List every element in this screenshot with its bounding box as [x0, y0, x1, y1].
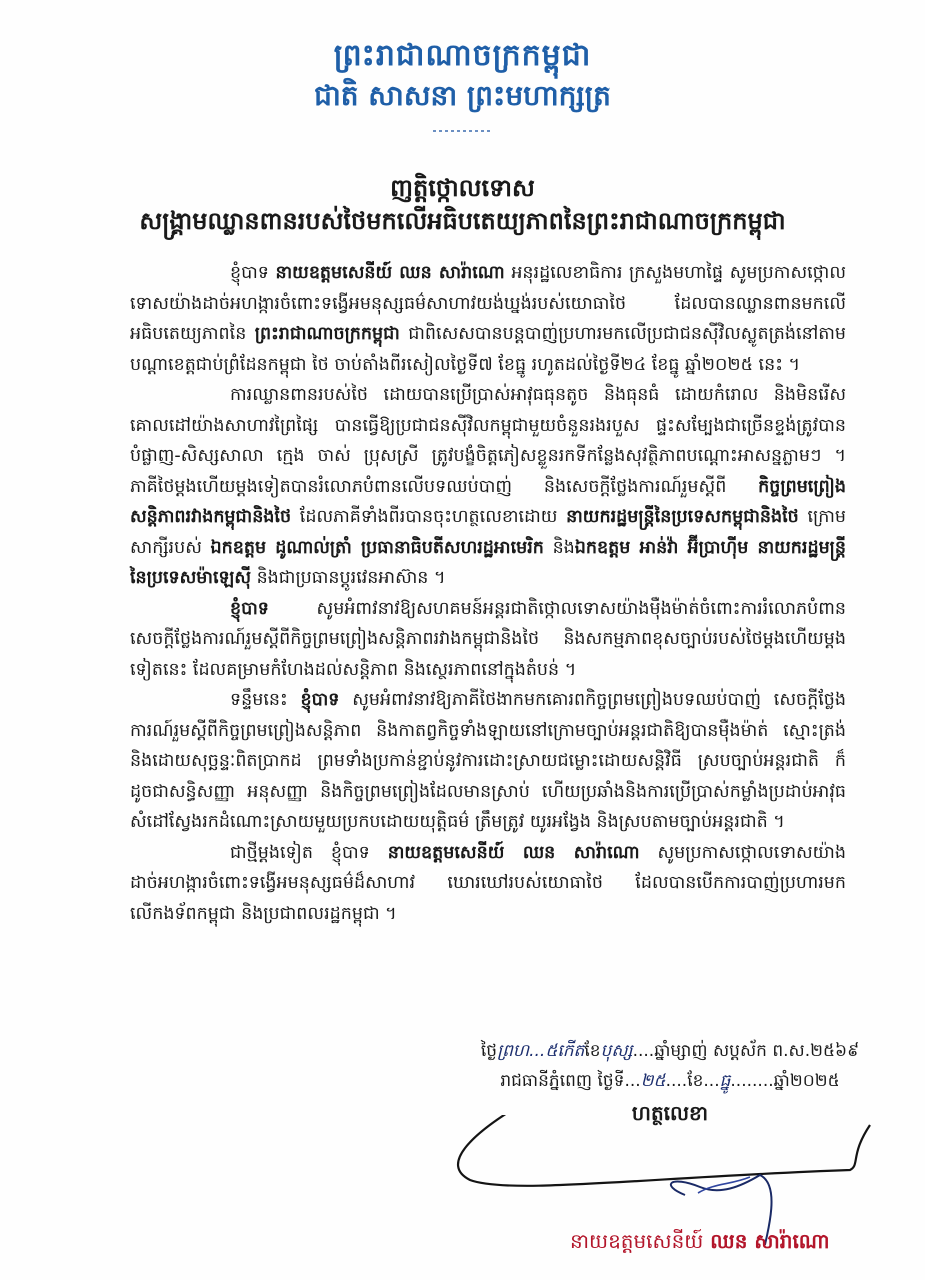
national-motto: ជាតិ សាសនា ព្រះមហាក្សត្រ [0, 76, 925, 116]
lunar-year-text: ឆ្នាំម្សាញ់ សប្តស័ក ព.ស.២៥៦៩ [654, 1041, 859, 1061]
us-president-bold: ឯកឧត្តម ដូណាល់ត្រាំ ប្រធានាធិបតីសហរដ្ឋអា… [211, 538, 544, 558]
label: ខែ [584, 1041, 600, 1061]
label: ថ្ងៃ [481, 1041, 497, 1061]
signature-icon [450, 1115, 900, 1245]
paragraph-4: ទន្ទឹមនេះ ខ្ញុំបាទ សូមអំពាវនាវឱ្យភាគីថៃង… [130, 685, 846, 838]
label: រាជធានីភ្នំពេញ ថ្ងៃទី [500, 1071, 624, 1091]
speaker-bold: ខ្ញុំបាទ [301, 690, 340, 710]
text-run: និង [544, 538, 575, 558]
paragraph-5: ជាថ្មីម្តងទៀត ខ្ញុំបាទ នាយឧត្តមសេនីយ៍ ឈន… [130, 838, 846, 930]
paragraph-2: ការឈ្លានពានរបស់ថៃ ដោយបានប្រើប្រាស់អាវុធធ… [130, 380, 846, 594]
signer-rank: នាយឧត្តមសេនីយ៍ [570, 1229, 703, 1253]
text-run: និងជាប្រធានប្តូរវេនអាស៊ាន ។ [251, 568, 446, 588]
document-header: ព្រះរាជាណាចក្រកម្ពុជា ជាតិ សាសនា ព្រះមហា… [0, 36, 925, 136]
signer-name-bold: នាយឧត្តមសេនីយ៍ ឈន សារ៉ាណោ [388, 843, 640, 863]
document-body: ខ្ញុំបាទ នាយឧត្តមសេនីយ៍ ឈន សារ៉ាណោ អនុរដ… [130, 258, 846, 929]
label: ខែ [687, 1071, 703, 1091]
paragraph-3: ខ្ញុំបាទ សូមអំពាវនាវឱ្យសហគមន៍អន្តរជាតិថ្… [130, 594, 846, 686]
handwritten-solar-day: ២៥ [641, 1071, 666, 1091]
text-run: ជាថ្មីម្តងទៀត ខ្ញុំបាទ [230, 843, 388, 863]
handwritten-lunar-day: ព្រហ...៥កើត [497, 1041, 584, 1061]
kingdom-bold: ព្រះរាជាណាចក្រកម្ពុជា [255, 324, 400, 344]
signer-name: នាយឧត្តមសេនីយ៍ ឈន សារ៉ាណោ [570, 1228, 830, 1258]
title-line-1: ញត្តិថ្កោលទោស [0, 172, 925, 204]
text-run: ខ្ញុំបាទ [230, 263, 276, 283]
solar-date-line: រាជធានីភ្នំពេញ ថ្ងៃទី...២៥....ខែ...ធ្នូ.… [460, 1066, 880, 1096]
ornament-divider-icon [433, 130, 493, 136]
text-run: ការឈ្លានពានរបស់ថៃ ដោយបានប្រើប្រាស់អាវុធធ… [130, 385, 846, 497]
text-run: ដែលភាគីទាំងពីរបានចុះហត្ថលេខាដោយ [291, 507, 566, 527]
speaker-bold: ខ្ញុំបាទ [230, 599, 269, 619]
handwritten-lunar-month: បុស្ស [601, 1041, 633, 1061]
handwritten-solar-month: ធ្នូ [720, 1071, 731, 1091]
prime-ministers-bold: នាយករដ្ឋមន្ត្រីនៃប្រទេសកម្ពុជានិងថៃ [566, 507, 799, 527]
title-line-2: សង្គ្រាមឈ្លានពានរបស់ថៃមកលើអធិបតេយ្យភាពនៃ… [0, 204, 925, 238]
lunar-date-line: ថ្ងៃព្រហ...៥កើតខែបុស្ស....ឆ្នាំម្សាញ់ សប… [460, 1036, 880, 1066]
text-run: សូមអំពាវនាវឱ្យភាគីថៃងាកមកគោរពកិច្ចព្រមព្… [130, 690, 846, 832]
document-title: ញត្តិថ្កោលទោស សង្គ្រាមឈ្លានពានរបស់ថៃមកលើ… [0, 172, 925, 238]
paragraph-1: ខ្ញុំបាទ នាយឧត្តមសេនីយ៍ ឈន សារ៉ាណោ អនុរដ… [130, 258, 846, 380]
signer-fullname: ឈន សារ៉ាណោ [710, 1229, 829, 1253]
kingdom-heading: ព្រះរាជាណាចក្រកម្ពុជា [0, 36, 925, 76]
text-run: ទន្ទឹមនេះ [230, 690, 301, 710]
signer-name-bold: នាយឧត្តមសេនីយ៍ ឈន សារ៉ាណោ [276, 263, 505, 283]
solar-year-text: ឆ្នាំ២០២៥ [774, 1071, 840, 1091]
